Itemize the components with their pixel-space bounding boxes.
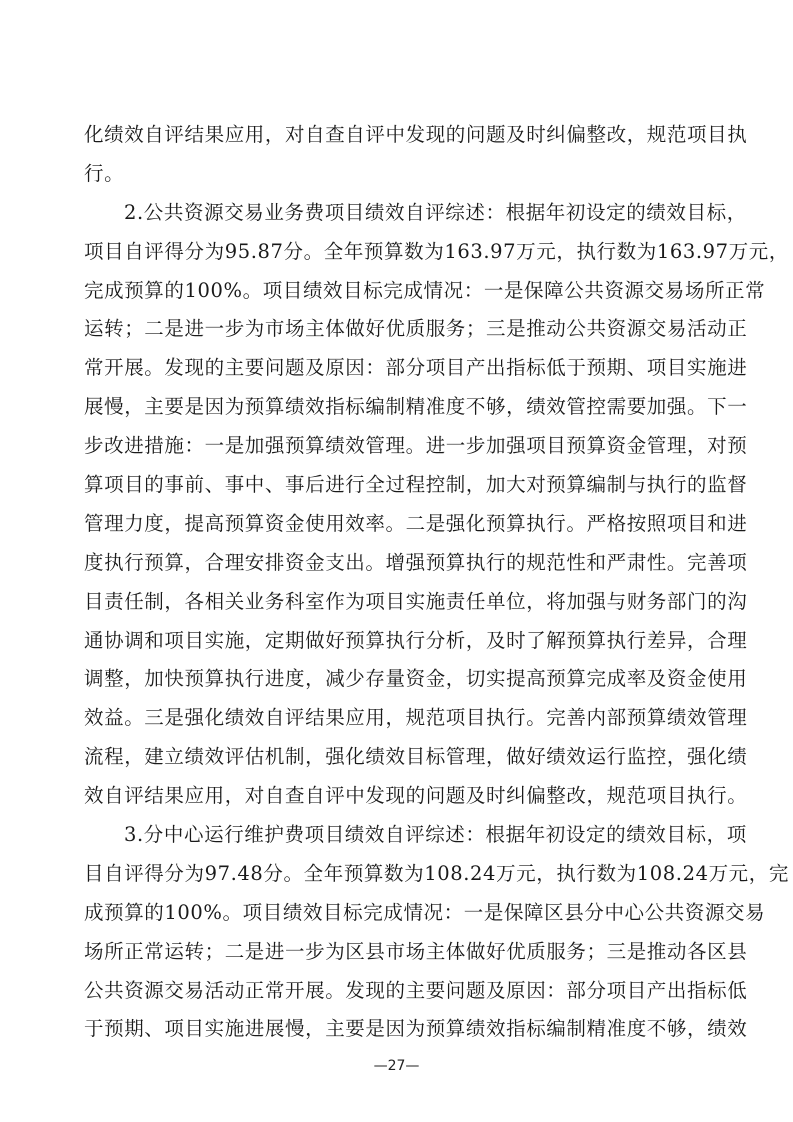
text-line: 于预期、项目实施进展慢，主要是因为预算绩效指标编制精准度不够，绩效 — [84, 1010, 714, 1049]
text-line: 成预算的100%。项目绩效目标完成情况：一是保障区县分中心公共资源交易 — [84, 894, 714, 933]
text-line: 运转；二是进一步为市场主体做好优质服务；三是推动公共资源交易活动正 — [84, 310, 714, 349]
text-line: 目责任制，各相关业务科室作为项目实施责任单位，将加强与财务部门的沟 — [84, 583, 714, 622]
document-page: 化绩效自评结果应用，对自查自评中发现的问题及时纠偏整改，规范项目执 行。 2.公… — [0, 0, 793, 1122]
text-line: 场所正常运转；二是进一步为区县市场主体做好优质服务；三是推动各区县 — [84, 933, 714, 972]
text-line: 流程，建立绩效评估机制，强化绩效目标管理，做好绩效运行监控，强化绩 — [84, 738, 714, 777]
text-line: 算项目的事前、事中、事后进行全过程控制，加大对预算编制与执行的监督 — [84, 466, 714, 505]
paragraph-heading-line: 3.分中心运行维护费项目绩效自评综述：根据年初设定的绩效目标，项 — [84, 816, 714, 855]
page-number: —27— — [0, 1058, 793, 1074]
text-line: 效益。三是强化绩效自评结果应用，规范项目执行。完善内部预算绩效管理 — [84, 699, 714, 738]
text-line: 化绩效自评结果应用，对自查自评中发现的问题及时纠偏整改，规范项目执 — [84, 116, 714, 155]
text-line: 调整，加快预算执行进度，减少存量资金，切实提高预算完成率及资金使用 — [84, 660, 714, 699]
text-line: 度执行预算，合理安排资金支出。增强预算执行的规范性和严肃性。完善项 — [84, 544, 714, 583]
paragraph-heading-line: 2.公共资源交易业务费项目绩效自评综述：根据年初设定的绩效目标， — [84, 194, 714, 233]
text-line: 管理力度，提高预算资金使用效率。二是强化预算执行。严格按照项目和进 — [84, 505, 714, 544]
text-line: 通协调和项目实施，定期做好预算执行分析，及时了解预算执行差异，合理 — [84, 622, 714, 661]
text-line: 行。 — [84, 155, 714, 194]
text-line: 项目自评得分为95.87分。全年预算数为163.97万元，执行数为163.97万… — [84, 233, 714, 272]
text-line: 公共资源交易活动正常开展。发现的主要问题及原因：部分项目产出指标低 — [84, 972, 714, 1011]
text-line: 完成预算的100%。项目绩效目标完成情况：一是保障公共资源交易场所正常 — [84, 272, 714, 311]
text-line: 常开展。发现的主要问题及原因：部分项目产出指标低于预期、项目实施进 — [84, 349, 714, 388]
text-line: 效自评结果应用，对自查自评中发现的问题及时纠偏整改，规范项目执行。 — [84, 777, 714, 816]
text-line: 步改进措施：一是加强预算绩效管理。进一步加强项目预算资金管理，对预 — [84, 427, 714, 466]
text-line: 展慢，主要是因为预算绩效指标编制精准度不够，绩效管控需要加强。下一 — [84, 388, 714, 427]
text-line: 目自评得分为97.48分。全年预算数为108.24万元，执行数为108.24万元… — [84, 855, 714, 894]
body-text: 化绩效自评结果应用，对自查自评中发现的问题及时纠偏整改，规范项目执 行。 2.公… — [84, 116, 714, 1049]
